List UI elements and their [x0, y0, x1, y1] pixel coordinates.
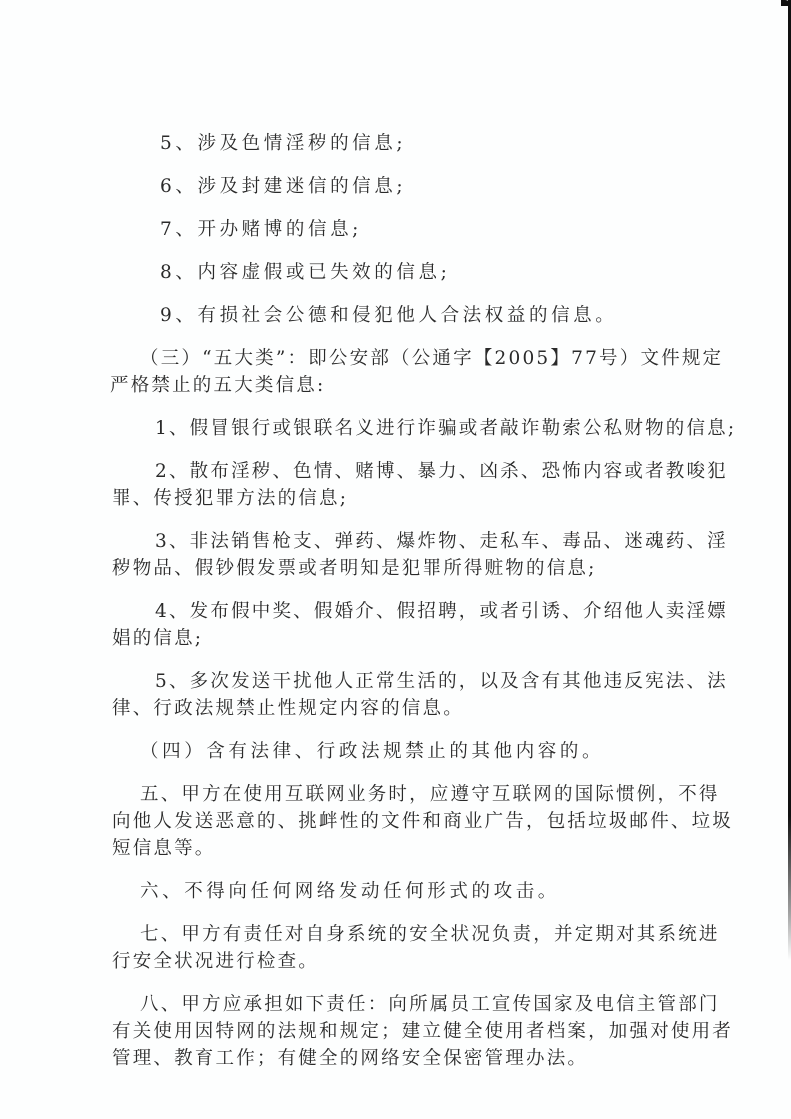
list-item-9: 9、有损社会公德和侵犯他人合法权益的信息。	[160, 305, 617, 327]
clause-5-cont-2: 短信息等。	[112, 838, 216, 860]
clause-8: 八、甲方应承担如下责任：向所属员工宣传国家及电信主管部门	[140, 994, 720, 1016]
section-3-item-1: 1、假冒银行或银联名义进行诈骗或者敲诈勒索公私财物的信息;	[155, 418, 736, 440]
section-3-item-3: 3、非法销售枪支、弹药、爆炸物、走私车、毒品、迷魂药、淫	[155, 531, 728, 553]
section-3-item-2-cont: 罪、传授犯罪方法的信息;	[112, 488, 348, 510]
section-4: （四）含有法律、行政法规禁止的其他内容的。	[140, 741, 604, 763]
clause-5-cont-1: 向他人发送恶意的、挑衅性的文件和商业广告，包括垃圾邮件、垃圾	[112, 811, 733, 833]
section-3-heading: （三）“五大类”：即公安部（公通字【2005】77号）文件规定	[140, 348, 723, 370]
section-3-heading-cont: 严格禁止的五大类信息:	[110, 375, 325, 397]
clause-7: 七、甲方有责任对自身系统的安全状况负责，并定期对其系统进	[140, 924, 720, 946]
clause-5: 五、甲方在使用互联网业务时，应遵守互联网的国际惯例，不得	[140, 784, 720, 806]
clause-8-cont-2: 管理、教育工作；有健全的网络安全保密管理办法。	[112, 1048, 588, 1070]
scanned-document-page: 5、涉及色情淫秽的信息; 6、涉及封建迷信的信息; 7、开办赌博的信息; 8、内…	[0, 0, 791, 1119]
section-3-item-5: 5、多次发送干扰他人正常生活的，以及含有其他违反宪法、法	[155, 671, 728, 693]
list-item-5: 5、涉及色情淫秽的信息;	[160, 133, 406, 155]
section-3-item-4-cont: 娼的信息;	[112, 628, 203, 650]
list-item-8: 8、内容虚假或已失效的信息;	[160, 262, 450, 284]
section-3-item-5-cont: 律、行政法规禁止性规定内容的信息。	[112, 698, 464, 720]
section-3-item-2: 2、散布淫秽、色情、赌博、暴力、凶杀、恐怖内容或者教唆犯	[155, 461, 728, 483]
clause-7-cont: 行安全状况进行检查。	[112, 951, 319, 973]
section-3-item-3-cont: 秽物品、假钞假发票或者明知是犯罪所得赃物的信息;	[112, 558, 597, 580]
list-item-6: 6、涉及封建迷信的信息;	[160, 176, 406, 198]
list-item-7: 7、开办赌博的信息;	[160, 219, 362, 241]
clause-6: 六、不得向任何网络发动任何形式的攻击。	[140, 881, 560, 903]
section-3-item-4: 4、发布假中奖、假婚介、假招聘，或者引诱、介绍他人卖淫嫖	[155, 601, 728, 623]
clause-8-cont-1: 有关使用因特网的法规和规定；建立健全使用者档案，加强对使用者	[112, 1021, 733, 1043]
